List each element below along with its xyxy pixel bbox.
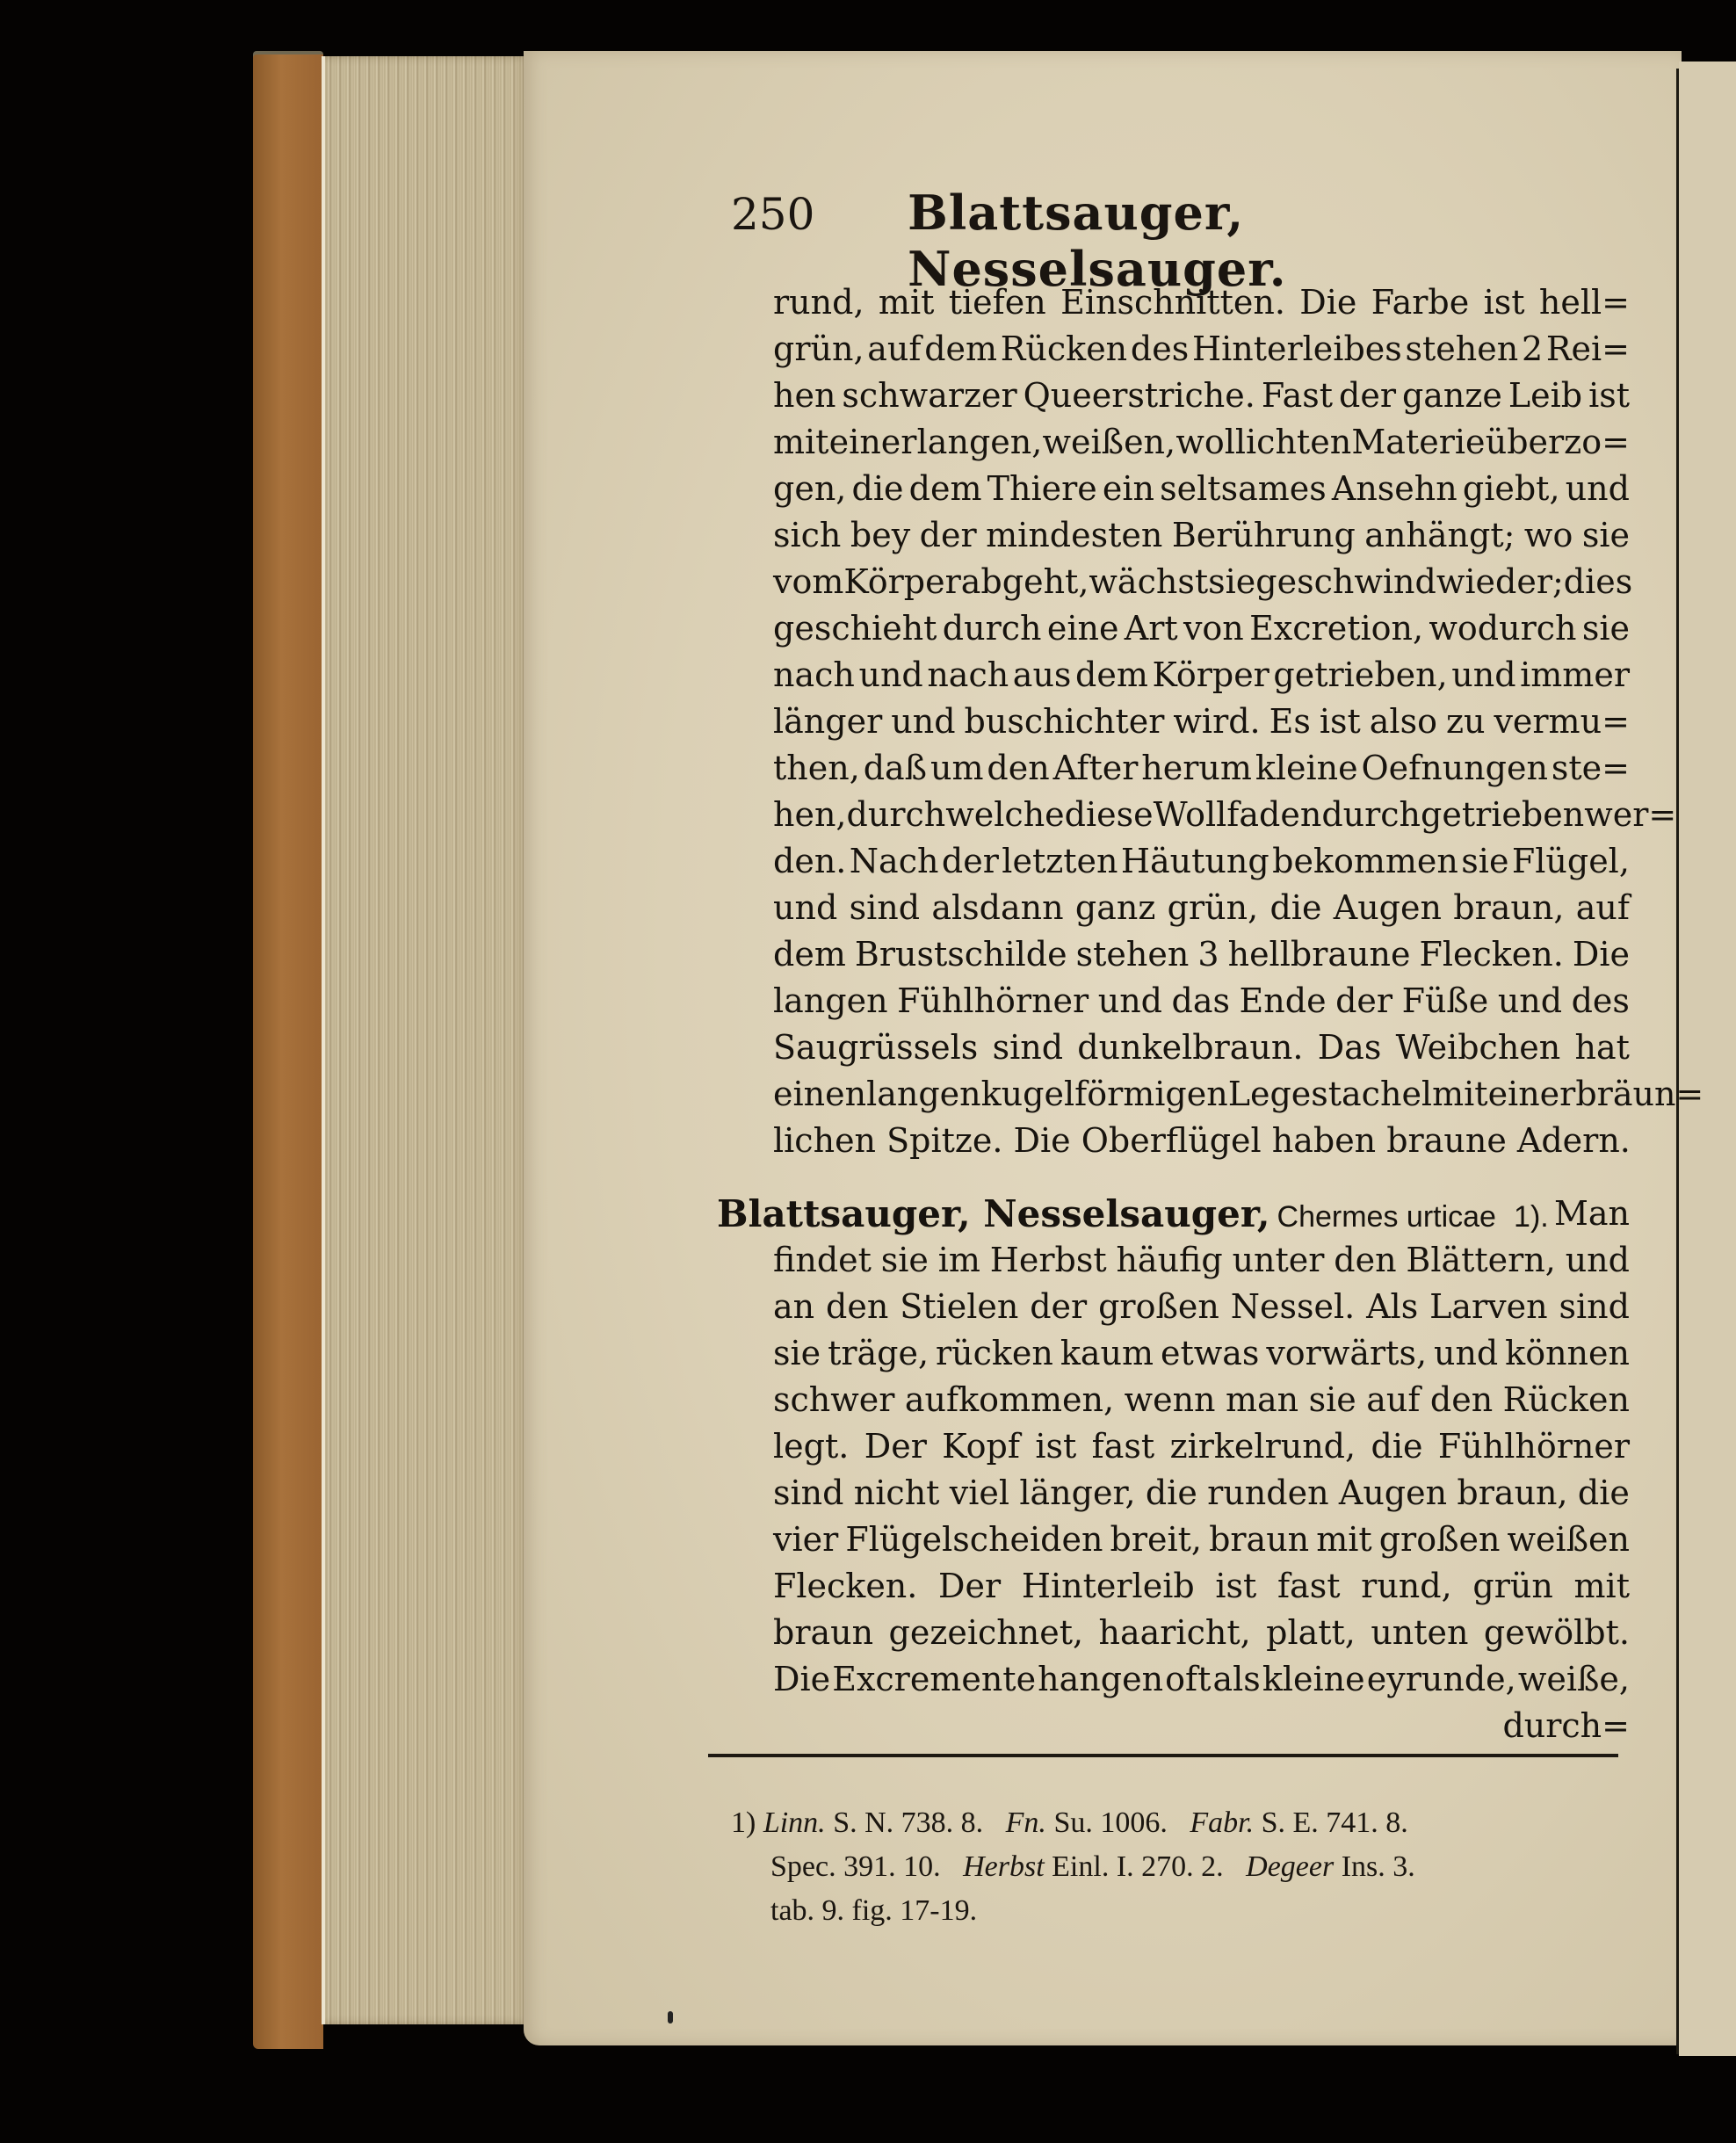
- body-text: rund,mittiefenEinschnitten.DieFarbeisthe…: [773, 279, 1630, 1749]
- catchword: durch=: [773, 1703, 1630, 1749]
- word: schwer: [773, 1377, 894, 1423]
- word: Flecken.: [1419, 931, 1563, 978]
- word: sie: [773, 1330, 821, 1377]
- word: ist: [1484, 279, 1525, 326]
- word: die: [1269, 885, 1321, 931]
- word: den: [826, 1284, 888, 1330]
- text-line: henschwarzerQueerstriche.FastderganzeLei…: [773, 373, 1630, 419]
- word: Wollfaden: [1154, 792, 1322, 838]
- word: Es: [1269, 699, 1311, 745]
- footnote: 1) Linn. S. N. 738. 8. Fn. Su. 1006. Fab…: [731, 1801, 1627, 1933]
- word: eyrunde,: [1367, 1656, 1516, 1703]
- word: der: [1030, 1284, 1087, 1330]
- word: ist: [1215, 1563, 1256, 1610]
- word: Flügel,: [1512, 838, 1630, 885]
- word: überzo=: [1486, 419, 1630, 466]
- text-line: sindnichtviellänger,dierundenAugenbraun,…: [773, 1470, 1630, 1517]
- citation-author: Fabr.: [1190, 1806, 1254, 1839]
- word: durchgetrieben: [1321, 792, 1584, 838]
- word: sind: [1559, 1284, 1630, 1330]
- text-line: vomKörperabgeht,wächstsiegeschwindwieder…: [773, 559, 1630, 605]
- word: mit: [1316, 1517, 1371, 1563]
- word: ein: [1103, 466, 1154, 512]
- word: Queerstriche.: [1024, 373, 1255, 419]
- page-number: 250: [731, 189, 908, 240]
- word: großen: [1379, 1517, 1501, 1563]
- word: kleine: [1262, 1656, 1365, 1703]
- word: Fühlhörner: [1438, 1423, 1630, 1470]
- word: die: [852, 466, 904, 512]
- word: an: [773, 1284, 814, 1330]
- word: giebt,: [1463, 466, 1560, 512]
- word: ist: [1588, 373, 1630, 419]
- word: Herbst: [990, 1237, 1107, 1284]
- word: der: [942, 838, 999, 885]
- word: Die: [1299, 279, 1356, 326]
- word: sie: [1309, 1377, 1356, 1423]
- word: Die: [1573, 931, 1630, 978]
- word: einen: [773, 1071, 866, 1118]
- text-line: andenStielendergroßenNessel.AlsLarvensin…: [773, 1284, 1630, 1330]
- word: auf: [1576, 885, 1630, 931]
- word: immer: [1520, 652, 1630, 699]
- word: schwarzer: [842, 373, 1016, 419]
- word: wodurch: [1429, 605, 1576, 652]
- word: wieder;: [1436, 559, 1564, 605]
- word: ste=: [1552, 745, 1630, 792]
- word: hen: [773, 373, 835, 419]
- text-line: schweraufkommen,wennmansieaufdenRücken: [773, 1377, 1630, 1423]
- word: das: [1172, 978, 1230, 1024]
- word: durch: [847, 792, 946, 838]
- word: mit: [1574, 1563, 1630, 1610]
- text-line: geschiehtdurcheineArtvonExcretion,wodurc…: [773, 605, 1630, 652]
- word: mindesten: [986, 512, 1162, 559]
- word: langen,: [917, 419, 1043, 466]
- footnote-line-2: Spec. 391. 10. Herbst Einl. I. 270. 2. D…: [731, 1845, 1627, 1889]
- word: weißen,: [1043, 419, 1176, 466]
- word: bey: [850, 512, 910, 559]
- word: Excretion,: [1249, 605, 1423, 652]
- word: wo: [1524, 512, 1573, 559]
- word: die: [1146, 1470, 1197, 1517]
- word: After: [1053, 745, 1139, 792]
- word: alsdann: [931, 885, 1063, 931]
- text-line: hen,durchwelchedieseWollfadendurchgetrie…: [773, 792, 1630, 838]
- word: träge,: [828, 1330, 929, 1377]
- word: länger: [773, 699, 882, 745]
- word: seltsames: [1160, 466, 1327, 512]
- word: Die: [773, 1656, 830, 1703]
- word: sie: [1582, 512, 1630, 559]
- text-line: miteinerlangen,weißen,wollichtenMaterieü…: [773, 419, 1630, 466]
- citation-text: Einl. I. 270. 2.: [1052, 1850, 1223, 1883]
- word: weiße,: [1518, 1656, 1630, 1703]
- word: tiefen: [949, 279, 1046, 326]
- text-line: vierFlügelscheidenbreit,braunmitgroßenwe…: [773, 1517, 1630, 1563]
- word: hellbraune: [1228, 931, 1411, 978]
- citation-text: Su. 1006.: [1053, 1806, 1167, 1839]
- word: einer: [1488, 1071, 1576, 1118]
- word: gen,: [773, 466, 846, 512]
- word: ganz: [1075, 885, 1155, 931]
- word: Art: [1125, 605, 1178, 652]
- word: der: [1335, 978, 1392, 1024]
- word: dunkelbraun.: [1077, 1024, 1303, 1071]
- text-line: lichen Spitze. Die Oberflügel haben brau…: [773, 1118, 1630, 1164]
- word: im: [938, 1237, 980, 1284]
- word: sich: [773, 512, 841, 559]
- word: einer: [829, 419, 917, 466]
- word: langen: [773, 978, 888, 1024]
- word: ganze: [1402, 373, 1502, 419]
- word: häufig: [1116, 1237, 1222, 1284]
- citation-text: Ins. 3.: [1342, 1850, 1415, 1883]
- word: zirkelrund,: [1170, 1423, 1356, 1470]
- word: wächst: [1089, 559, 1208, 605]
- word: geschieht: [773, 605, 937, 652]
- word: den: [1334, 1237, 1396, 1284]
- word: zu: [1446, 699, 1486, 745]
- word: Das: [1318, 1024, 1382, 1071]
- word: legt.: [773, 1423, 849, 1470]
- word: dem: [1075, 652, 1148, 699]
- word: nach: [927, 652, 1009, 699]
- word: oft: [1165, 1656, 1211, 1703]
- word: also: [1370, 699, 1437, 745]
- word: und: [891, 699, 955, 745]
- word: sind: [773, 1470, 843, 1517]
- word: Berührung: [1172, 512, 1356, 559]
- word: Flügelscheiden: [845, 1517, 1103, 1563]
- facing-page-edge: [1679, 62, 1736, 2056]
- word: und: [858, 652, 922, 699]
- word: Der: [938, 1563, 1001, 1610]
- word: Als: [1366, 1284, 1418, 1330]
- word: ist: [1320, 699, 1361, 745]
- word: Der: [864, 1423, 927, 1470]
- word: braun: [773, 1610, 873, 1656]
- word: dem: [924, 326, 997, 373]
- word: sie: [881, 1237, 929, 1284]
- entry-heading-line: Blattsauger, Nesselsauger,Chermes urtica…: [717, 1191, 1630, 1237]
- word: hangen: [1038, 1656, 1163, 1703]
- footnote-line-3: tab. 9. fig. 17-19.: [731, 1889, 1627, 1933]
- citation-author: Herbst: [963, 1850, 1045, 1883]
- word: Körper: [1152, 652, 1269, 699]
- text-line: Flecken.DerHinterleibistfastrund,grünmit: [773, 1563, 1630, 1610]
- text-line: längerundbuschichterwird.Esistalsozuverm…: [773, 699, 1630, 745]
- word: großen: [1098, 1284, 1219, 1330]
- text-line: sichbeydermindestenBerührunganhängt;wosi…: [773, 512, 1630, 559]
- text-line: gen,diedemThiereeinseltsamesAnsehngiebt,…: [773, 466, 1630, 512]
- text-line: den.NachderletztenHäutungbekommensieFlüg…: [773, 838, 1630, 885]
- text-line: rund,mittiefenEinschnitten.DieFarbeisthe…: [773, 279, 1630, 326]
- word: den.: [773, 838, 846, 885]
- citation-text: Spec. 391. 10.: [770, 1850, 941, 1883]
- word: um: [930, 745, 984, 792]
- word: rund,: [1361, 1563, 1452, 1610]
- word: Rücken: [1001, 326, 1127, 373]
- word: Blättern,: [1406, 1237, 1555, 1284]
- word: sind: [993, 1024, 1063, 1071]
- word: gewölbt.: [1484, 1610, 1630, 1656]
- word: vorwärts,: [1266, 1330, 1427, 1377]
- book-cover-edge: [253, 54, 323, 2049]
- word: sie: [1582, 605, 1630, 652]
- word: sie: [1461, 838, 1508, 885]
- word: bekommen: [1272, 838, 1458, 885]
- entry-latin-name: Chermes urticae: [1277, 1200, 1496, 1234]
- word: getrieben,: [1273, 652, 1447, 699]
- word: unten: [1371, 1610, 1468, 1656]
- word: buschichter: [965, 699, 1165, 745]
- word: wird.: [1173, 699, 1260, 745]
- word: Larven: [1429, 1284, 1547, 1330]
- word: Leib: [1508, 373, 1582, 419]
- footnote-separator-rule: [708, 1754, 1618, 1757]
- text-line: Saugrüsselssinddunkelbraun.DasWeibchenha…: [773, 1024, 1630, 1071]
- word: von: [1183, 605, 1244, 652]
- word: braun,: [1457, 1470, 1567, 1517]
- word: vier: [773, 1517, 838, 1563]
- citation-author: Linn.: [763, 1806, 826, 1839]
- word: bräun=: [1575, 1071, 1703, 1118]
- word: eine: [1047, 605, 1119, 652]
- paragraph-1: rund,mittiefenEinschnitten.DieFarbeisthe…: [773, 279, 1630, 1164]
- word: Ende: [1240, 978, 1327, 1024]
- text-line: DieExcrementehangenoftalskleineeyrunde,w…: [773, 1656, 1630, 1703]
- word: und: [1566, 1237, 1630, 1284]
- word: geschwind: [1255, 559, 1436, 605]
- word: then,: [773, 745, 860, 792]
- word: gezeichnet,: [889, 1610, 1084, 1656]
- word: fast: [1277, 1563, 1341, 1610]
- word: stehen: [1076, 931, 1190, 978]
- entry-first-line-rest: Man: [1554, 1191, 1630, 1237]
- word: findet: [773, 1237, 872, 1284]
- word: auf: [867, 326, 921, 373]
- word: wer=: [1584, 792, 1676, 838]
- word: Augen: [1334, 885, 1442, 931]
- citation-text: S. E. 741. 8.: [1262, 1806, 1408, 1839]
- word: unter: [1233, 1237, 1325, 1284]
- word: grün,: [773, 326, 864, 373]
- word: hat: [1575, 1024, 1630, 1071]
- word: des: [1572, 978, 1630, 1024]
- word: sie: [1208, 559, 1255, 605]
- word: wollichten: [1175, 419, 1351, 466]
- word: rund,: [773, 279, 864, 326]
- word: und: [773, 885, 837, 931]
- word: 2: [1522, 326, 1543, 373]
- word: hen,: [773, 792, 847, 838]
- word: sind: [850, 885, 920, 931]
- word: stehen: [1406, 326, 1519, 373]
- word: die: [1371, 1423, 1423, 1470]
- word: Einschnitten.: [1060, 279, 1285, 326]
- entry-paragraph: Blattsauger, Nesselsauger,Chermes urtica…: [773, 1191, 1630, 1749]
- word: des: [1131, 326, 1189, 373]
- text-line: braungezeichnet,haaricht,platt,untengewö…: [773, 1610, 1630, 1656]
- word: abgeht,: [961, 559, 1089, 605]
- word: mit: [773, 419, 828, 466]
- word: Augen: [1339, 1470, 1447, 1517]
- word: den: [987, 745, 1049, 792]
- word: dem: [773, 931, 846, 978]
- word: welche: [945, 792, 1064, 838]
- word: etwas: [1161, 1330, 1259, 1377]
- word: Rei=: [1546, 326, 1630, 373]
- word: Excremente: [832, 1656, 1036, 1703]
- word: runden: [1207, 1470, 1328, 1517]
- word: langen: [866, 1071, 981, 1118]
- text-line: sieträge,rückenkaumetwasvorwärts,undkönn…: [773, 1330, 1630, 1377]
- word: den: [1430, 1377, 1493, 1423]
- text-line: undsindalsdannganzgrün,dieAugenbraun,auf: [773, 885, 1630, 931]
- word: der: [1339, 373, 1396, 419]
- paper-speck: [668, 2011, 673, 2024]
- word: Kopf: [942, 1423, 1020, 1470]
- word: braun: [1209, 1517, 1309, 1563]
- citation-text: S. N. 738. 8.: [833, 1806, 983, 1839]
- text-line: grün,aufdemRückendesHinterleibesstehen2R…: [773, 326, 1630, 373]
- word: dies: [1564, 559, 1632, 605]
- word: hell=: [1539, 279, 1630, 326]
- word: Hinterleibes: [1192, 326, 1402, 373]
- word: Häutung: [1121, 838, 1269, 885]
- word: Legestachel: [1228, 1071, 1432, 1118]
- word: kugelförmigen: [981, 1071, 1228, 1118]
- word: Weibchen: [1396, 1024, 1561, 1071]
- page-block-fore-edge: [322, 56, 529, 2024]
- entry-german-name: Blattsauger, Nesselsauger,: [717, 1192, 1270, 1235]
- word: Füße: [1402, 978, 1489, 1024]
- word: nicht: [854, 1470, 940, 1517]
- footnote-marker: 1): [731, 1806, 756, 1839]
- word: mit: [879, 279, 934, 326]
- word: Stielen: [900, 1284, 1018, 1330]
- word: Oefnungen: [1362, 745, 1548, 792]
- word: aufkommen,: [905, 1377, 1114, 1423]
- word: Materie: [1351, 419, 1485, 466]
- text-line: findetsieimHerbsthäufigunterdenBlättern,…: [773, 1237, 1630, 1284]
- word: und: [1498, 978, 1562, 1024]
- text-line: einenlangenkugelförmigenLegestachelmitei…: [773, 1071, 1630, 1118]
- word: Flecken.: [773, 1563, 917, 1610]
- word: und: [1434, 1330, 1498, 1377]
- word: daß: [864, 745, 927, 792]
- word: die: [1578, 1470, 1630, 1517]
- word: anhängt;: [1364, 512, 1515, 559]
- paragraph-gap: [773, 1164, 1630, 1191]
- page-gutter-line: [1676, 69, 1679, 2054]
- word: auf: [1366, 1377, 1420, 1423]
- footnote-reference[interactable]: 1).: [1514, 1200, 1549, 1234]
- word: breit,: [1110, 1517, 1202, 1563]
- word: der: [920, 512, 977, 559]
- word: Rücken: [1503, 1377, 1630, 1423]
- word: letzten: [1002, 838, 1118, 885]
- word: und: [1451, 652, 1515, 699]
- word: Thiere: [987, 466, 1097, 512]
- word: viel: [950, 1470, 1009, 1517]
- word: als: [1212, 1656, 1260, 1703]
- citation-author: Degeer: [1246, 1850, 1334, 1883]
- word: Saugrüssels: [773, 1024, 978, 1071]
- text-line: legt.DerKopfistfastzirkelrund,dieFühlhör…: [773, 1423, 1630, 1470]
- word: aus: [1013, 652, 1072, 699]
- word: Fühlhörner: [897, 978, 1089, 1024]
- word: rücken: [936, 1330, 1053, 1377]
- word: mit: [1432, 1071, 1487, 1118]
- word: nach: [773, 652, 855, 699]
- word: durch: [943, 605, 1042, 652]
- word: platt,: [1266, 1610, 1356, 1656]
- word: man: [1226, 1377, 1298, 1423]
- word: braun,: [1453, 885, 1564, 931]
- word: vermu=: [1494, 699, 1629, 745]
- word: und: [1566, 466, 1630, 512]
- word: 3: [1197, 931, 1219, 978]
- word: herum: [1141, 745, 1252, 792]
- word: vom: [773, 559, 843, 605]
- word: wenn: [1125, 1377, 1216, 1423]
- word: Hinterleib: [1022, 1563, 1195, 1610]
- word: Nessel.: [1231, 1284, 1355, 1330]
- word: dem: [909, 466, 982, 512]
- text-line: nachundnachausdemKörpergetrieben,undimme…: [773, 652, 1630, 699]
- word: länger,: [1019, 1470, 1135, 1517]
- word: haaricht,: [1098, 1610, 1250, 1656]
- footnote-line-1: 1) Linn. S. N. 738. 8. Fn. Su. 1006. Fab…: [731, 1801, 1627, 1845]
- word: und: [1098, 978, 1162, 1024]
- word: Körper: [843, 559, 960, 605]
- text-line: langenFühlhörnerunddasEndederFüßeunddes: [773, 978, 1630, 1024]
- word: Fast: [1262, 373, 1333, 419]
- word: diese: [1065, 792, 1154, 838]
- word: fast: [1092, 1423, 1155, 1470]
- word: weißen: [1507, 1517, 1630, 1563]
- word: Nach: [850, 838, 939, 885]
- word: Ansehn: [1332, 466, 1458, 512]
- running-head: 250 Blattsauger, Nesselsauger.: [731, 185, 1609, 246]
- word: können: [1505, 1330, 1630, 1377]
- word: kleine: [1255, 745, 1358, 792]
- text-line: demBrustschildestehen3hellbrauneFlecken.…: [773, 931, 1630, 978]
- citation-author: Fn.: [1006, 1806, 1046, 1839]
- word: grün,: [1168, 885, 1259, 931]
- word: kaum: [1060, 1330, 1154, 1377]
- word: ist: [1035, 1423, 1076, 1470]
- word: grün: [1472, 1563, 1552, 1610]
- word: Brustschilde: [855, 931, 1067, 978]
- word: Farbe: [1371, 279, 1469, 326]
- text-line: then,daßumdenAfterherumkleineOefnungenst…: [773, 745, 1630, 792]
